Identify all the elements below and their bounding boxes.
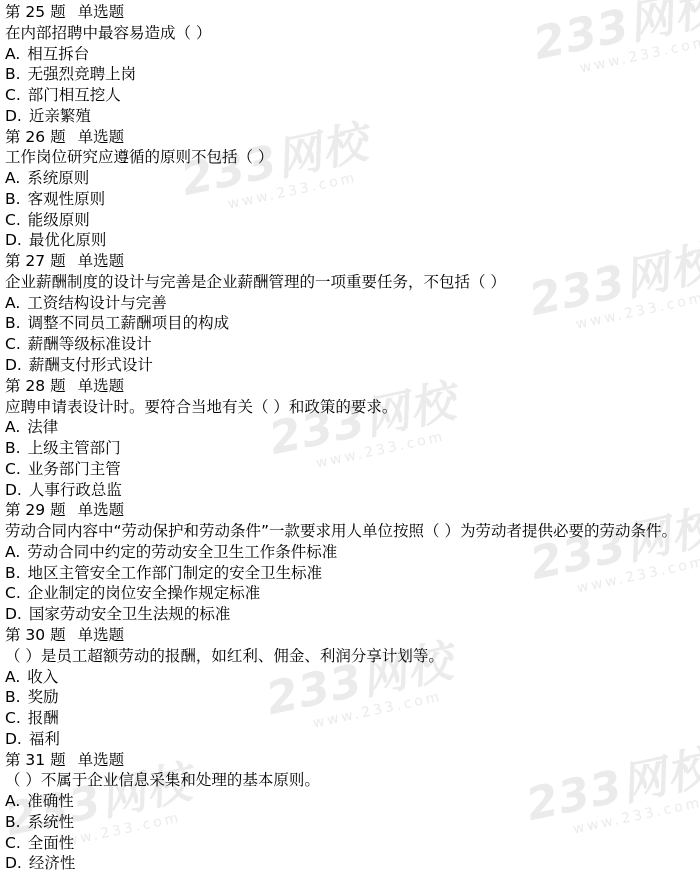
question-stem: （ ）不属于企业信息采集和处理的基本原则。: [5, 770, 700, 791]
question-list: 第 25 题单选题 在内部招聘中最容易造成（ ） A.相互拆台 B.无强烈竞聘上…: [0, 0, 700, 873]
option-b: B.奖励: [5, 687, 700, 708]
option-label: D.: [5, 730, 22, 748]
question-header: 第 28 题单选题: [5, 376, 700, 397]
exam-page: 233网校 www.233.com 233网校 www.233.com 233网…: [0, 0, 700, 873]
question-header: 第 31 题单选题: [5, 750, 700, 771]
question-header: 第 25 题单选题: [5, 2, 700, 23]
option-d: D.国家劳动安全卫生法规的标准: [5, 604, 700, 625]
question-header: 第 29 题单选题: [5, 500, 700, 521]
option-text: 法律: [27, 418, 58, 436]
option-text: 部门相互挖人: [28, 86, 121, 104]
question-stem: 劳动合同内容中“劳动保护和劳动条件”一款要求用人单位按照（ ）为劳动者提供必要的…: [5, 521, 700, 542]
option-b: B.调整不同员工薪酬项目的构成: [5, 313, 700, 334]
question-number: 第 30 题: [5, 626, 66, 644]
option-text: 系统性: [28, 813, 75, 831]
question-block-28: 第 28 题单选题 应聘申请表设计时。要符合当地有关（ ）和政策的要求。 A.法…: [5, 376, 700, 501]
option-text: 国家劳动安全卫生法规的标准: [29, 605, 231, 623]
option-d: D.最优化原则: [5, 230, 700, 251]
option-label: C.: [5, 834, 21, 852]
option-label: B.: [5, 190, 21, 208]
option-text: 劳动合同中约定的劳动安全卫生工作条件标准: [27, 543, 337, 561]
option-text: 业务部门主管: [28, 460, 121, 478]
option-label: A.: [5, 543, 20, 561]
question-type: 单选题: [78, 3, 125, 21]
option-c: C.能级原则: [5, 210, 700, 231]
option-a: A.准确性: [5, 791, 700, 812]
option-text: 准确性: [27, 792, 74, 810]
option-label: A.: [5, 294, 20, 312]
option-text: 企业制定的岗位安全操作规定标准: [28, 584, 261, 602]
question-type: 单选题: [78, 377, 125, 395]
option-label: D.: [5, 107, 22, 125]
option-a: A.劳动合同中约定的劳动安全卫生工作条件标准: [5, 542, 700, 563]
option-c: C.薪酬等级标准设计: [5, 334, 700, 355]
question-stem: 企业薪酬制度的设计与完善是企业薪酬管理的一项重要任务，不包括（ ）: [5, 272, 700, 293]
option-text: 调整不同员工薪酬项目的构成: [28, 314, 230, 332]
option-label: B.: [5, 439, 21, 457]
question-block-31: 第 31 题单选题 （ ）不属于企业信息采集和处理的基本原则。 A.准确性 B.…: [5, 750, 700, 873]
question-stem: 工作岗位研究应遵循的原则不包括（ ）: [5, 147, 700, 168]
option-label: C.: [5, 709, 21, 727]
option-label: A.: [5, 792, 20, 810]
question-number: 第 27 题: [5, 252, 66, 270]
option-c: C.部门相互挖人: [5, 85, 700, 106]
option-label: A.: [5, 418, 20, 436]
question-number: 第 29 题: [5, 501, 66, 519]
option-a: A.相互拆台: [5, 44, 700, 65]
option-label: C.: [5, 86, 21, 104]
option-b: B.上级主管部门: [5, 438, 700, 459]
option-label: D.: [5, 481, 22, 499]
option-text: 上级主管部门: [28, 439, 121, 457]
option-label: A.: [5, 169, 20, 187]
option-label: D.: [5, 605, 22, 623]
option-a: A.工资结构设计与完善: [5, 293, 700, 314]
option-c: C.业务部门主管: [5, 459, 700, 480]
option-b: B.系统性: [5, 812, 700, 833]
option-text: 地区主管安全工作部门制定的安全卫生标准: [28, 564, 323, 582]
option-label: C.: [5, 211, 21, 229]
question-number: 第 31 题: [5, 751, 66, 769]
option-d: D.福利: [5, 729, 700, 750]
option-text: 能级原则: [28, 211, 90, 229]
option-d: D.人事行政总监: [5, 480, 700, 501]
option-text: 人事行政总监: [29, 481, 122, 499]
option-text: 系统原则: [27, 169, 89, 187]
option-text: 近亲繁殖: [29, 107, 91, 125]
question-block-26: 第 26 题单选题 工作岗位研究应遵循的原则不包括（ ） A.系统原则 B.客观…: [5, 127, 700, 252]
question-block-30: 第 30 题单选题 （ ）是员工超额劳动的报酬，如红利、佣金、利润分享计划等。 …: [5, 625, 700, 750]
option-text: 经济性: [29, 854, 76, 872]
question-block-29: 第 29 题单选题 劳动合同内容中“劳动保护和劳动条件”一款要求用人单位按照（ …: [5, 500, 700, 625]
question-block-25: 第 25 题单选题 在内部招聘中最容易造成（ ） A.相互拆台 B.无强烈竞聘上…: [5, 2, 700, 127]
option-d: D.经济性: [5, 853, 700, 873]
option-label: B.: [5, 314, 21, 332]
option-text: 福利: [29, 730, 60, 748]
option-a: A.法律: [5, 417, 700, 438]
option-text: 收入: [27, 668, 58, 686]
question-header: 第 30 题单选题: [5, 625, 700, 646]
option-b: B.地区主管安全工作部门制定的安全卫生标准: [5, 563, 700, 584]
question-stem: 在内部招聘中最容易造成（ ）: [5, 23, 700, 44]
option-label: D.: [5, 231, 22, 249]
question-stem: 应聘申请表设计时。要符合当地有关（ ）和政策的要求。: [5, 397, 700, 418]
question-number: 第 28 题: [5, 377, 66, 395]
option-label: C.: [5, 584, 21, 602]
option-b: B.无强烈竞聘上岗: [5, 64, 700, 85]
question-type: 单选题: [78, 626, 125, 644]
question-header: 第 26 题单选题: [5, 127, 700, 148]
option-a: A.系统原则: [5, 168, 700, 189]
question-type: 单选题: [78, 128, 125, 146]
question-type: 单选题: [78, 751, 125, 769]
option-text: 无强烈竞聘上岗: [28, 65, 137, 83]
option-label: A.: [5, 45, 20, 63]
option-text: 奖励: [28, 688, 59, 706]
option-label: C.: [5, 460, 21, 478]
question-block-27: 第 27 题单选题 企业薪酬制度的设计与完善是企业薪酬管理的一项重要任务，不包括…: [5, 251, 700, 376]
question-number: 第 26 题: [5, 128, 66, 146]
option-a: A.收入: [5, 667, 700, 688]
option-text: 客观性原则: [28, 190, 106, 208]
option-text: 薪酬支付形式设计: [29, 356, 153, 374]
question-type: 单选题: [78, 252, 125, 270]
option-label: D.: [5, 854, 22, 872]
option-text: 工资结构设计与完善: [27, 294, 167, 312]
question-stem: （ ）是员工超额劳动的报酬，如红利、佣金、利润分享计划等。: [5, 646, 700, 667]
question-type: 单选题: [78, 501, 125, 519]
option-c: C.全面性: [5, 833, 700, 854]
option-text: 薪酬等级标准设计: [28, 335, 152, 353]
question-header: 第 27 题单选题: [5, 251, 700, 272]
option-b: B.客观性原则: [5, 189, 700, 210]
option-label: B.: [5, 564, 21, 582]
option-c: C.报酬: [5, 708, 700, 729]
question-number: 第 25 题: [5, 3, 66, 21]
option-text: 相互拆台: [27, 45, 89, 63]
option-d: D.薪酬支付形式设计: [5, 355, 700, 376]
option-label: C.: [5, 335, 21, 353]
option-label: D.: [5, 356, 22, 374]
option-text: 最优化原则: [29, 231, 107, 249]
option-d: D.近亲繁殖: [5, 106, 700, 127]
option-label: B.: [5, 65, 21, 83]
option-text: 全面性: [28, 834, 75, 852]
option-text: 报酬: [28, 709, 59, 727]
option-label: B.: [5, 813, 21, 831]
option-label: B.: [5, 688, 21, 706]
option-label: A.: [5, 668, 20, 686]
option-c: C.企业制定的岗位安全操作规定标准: [5, 583, 700, 604]
